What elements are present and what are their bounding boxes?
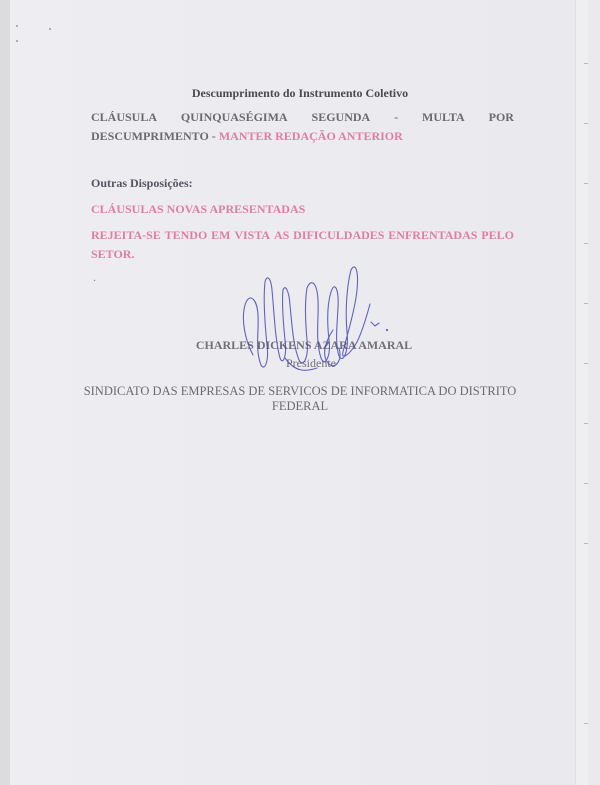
rejection-word: VISTA xyxy=(234,226,270,245)
rejection-statement: REJEITA-SE TENDO EM VISTA AS DIFICULDADE… xyxy=(91,226,514,264)
document-title: Descumprimento do Instrumento Coletivo xyxy=(0,86,600,101)
scan-speck xyxy=(16,40,18,42)
rejection-word: EM xyxy=(211,226,230,245)
handwritten-signature xyxy=(225,260,395,375)
organization-line2: FEDERAL xyxy=(0,399,600,414)
rejection-line1: REJEITA-SE TENDO EM VISTA AS DIFICULDADE… xyxy=(91,226,514,245)
clause-word: SEGUNDA xyxy=(312,108,371,127)
clause-word: QUINQUASÉGIMA xyxy=(181,108,288,127)
clause-heading-line1: CLÁUSULA QUINQUASÉGIMA SEGUNDA - MULTA P… xyxy=(91,108,514,127)
rejection-word: ENFRENTADAS xyxy=(388,226,477,245)
rejection-word: PELO xyxy=(481,226,514,245)
rejection-word: DIFICULDADES xyxy=(293,226,384,245)
scan-speck xyxy=(49,28,51,30)
clause-heading-tail: DESCUMPRIMENTO - xyxy=(91,129,219,143)
stray-mark: . xyxy=(93,270,96,285)
edge-tick xyxy=(584,63,588,64)
edge-tick xyxy=(584,123,588,124)
organization: SINDICATO DAS EMPRESAS DE SERVICOS DE IN… xyxy=(0,384,600,414)
new-clauses-heading: CLÁUSULAS NOVAS APRESENTADAS xyxy=(91,202,305,217)
rejection-word: TENDO xyxy=(165,226,208,245)
other-provisions-label: Outras Disposições: xyxy=(91,176,193,191)
edge-tick xyxy=(584,723,588,724)
edge-tick xyxy=(584,423,588,424)
clause-heading-line2: DESCUMPRIMENTO - MANTER REDAÇÃO ANTERIOR xyxy=(91,127,514,146)
clause-block: CLÁUSULA QUINQUASÉGIMA SEGUNDA - MULTA P… xyxy=(91,108,514,146)
clause-word: CLÁUSULA xyxy=(91,108,157,127)
edge-tick xyxy=(584,543,588,544)
organization-line1: SINDICATO DAS EMPRESAS DE SERVICOS DE IN… xyxy=(0,384,600,399)
edge-tick xyxy=(584,183,588,184)
clause-word: - xyxy=(394,108,398,127)
edge-tick xyxy=(584,483,588,484)
rejection-word: REJEITA-SE xyxy=(91,226,161,245)
clause-word: MULTA xyxy=(422,108,465,127)
rejection-word: AS xyxy=(274,226,289,245)
edge-tick xyxy=(584,303,588,304)
clause-status: MANTER REDAÇÃO ANTERIOR xyxy=(219,129,403,143)
edge-tick xyxy=(584,243,588,244)
scan-speck xyxy=(16,25,18,27)
clause-word: POR xyxy=(489,108,514,127)
